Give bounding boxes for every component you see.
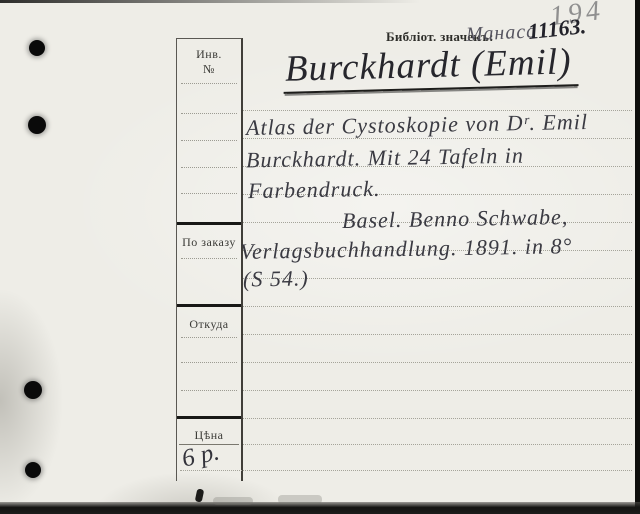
inventory-number-sign: № bbox=[177, 62, 241, 77]
entry-line: Burckhardt. Mit 24 Tafeln in bbox=[246, 143, 524, 174]
punch-hole bbox=[29, 40, 45, 56]
ink-smudge bbox=[278, 495, 322, 504]
column-ruled-line bbox=[181, 258, 237, 259]
column-ruled-line bbox=[181, 390, 237, 391]
section-divider bbox=[177, 304, 241, 307]
ruled-line bbox=[243, 444, 632, 445]
punch-hole bbox=[24, 381, 42, 399]
ruled-line bbox=[243, 362, 632, 363]
ink-smudge bbox=[213, 497, 253, 505]
scan-edge-right bbox=[635, 0, 640, 507]
column-ruled-line bbox=[181, 362, 237, 363]
entry-line: Farbendruck. bbox=[248, 176, 381, 204]
column-ruled-line bbox=[181, 113, 237, 114]
order-label: По заказу bbox=[177, 235, 241, 250]
section-divider bbox=[177, 222, 241, 225]
entry-line: (S 54.) bbox=[243, 265, 309, 292]
column-ruled-line bbox=[181, 337, 237, 338]
catalog-card-scan: Инв. № По заказу Откуда Цѣна 6 р. 194 Би… bbox=[0, 0, 640, 514]
scan-edge-top bbox=[0, 0, 420, 3]
ruled-line bbox=[243, 418, 632, 419]
entry-line: Verlagsbuchhandlung. 1891. in 8° bbox=[240, 233, 573, 265]
ruled-line bbox=[243, 390, 632, 391]
inventory-number-label: Инв. bbox=[177, 47, 241, 62]
column-ruled-line bbox=[181, 167, 237, 168]
punch-hole bbox=[28, 116, 46, 134]
ink-mark bbox=[195, 488, 205, 502]
ruled-line bbox=[243, 334, 632, 335]
origin-label: Откуда bbox=[177, 317, 241, 332]
column-ruled-line bbox=[181, 140, 237, 141]
section-divider bbox=[177, 416, 241, 419]
author-heading: Burckhardt (Emil) bbox=[282, 40, 578, 94]
ruled-line bbox=[180, 470, 632, 471]
entry-line: Basel. Benno Schwabe, bbox=[342, 204, 569, 234]
column-ruled-line bbox=[181, 83, 237, 84]
entry-line: Atlas der Cystoskopie von Dʳ. Emil bbox=[246, 109, 588, 141]
ruled-line bbox=[243, 306, 632, 307]
scan-edge-bottom bbox=[0, 502, 640, 514]
left-ruled-column: Инв. № По заказу Откуда Цѣна bbox=[176, 38, 243, 481]
punch-hole bbox=[25, 462, 41, 478]
column-ruled-line bbox=[181, 193, 237, 194]
